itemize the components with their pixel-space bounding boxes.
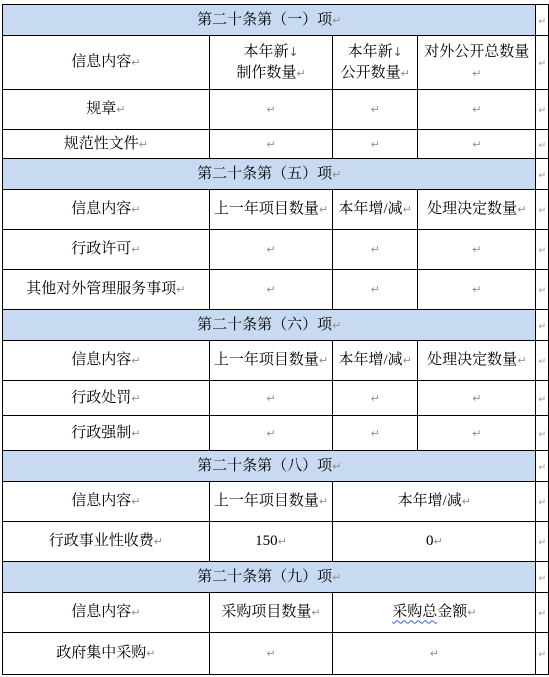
pilcrow-mark: ↵	[139, 138, 148, 151]
section-1-header-row: 信息内容↵ 本年新↓制作数量↵ 本年新↓公开数量↵ 对外公开总数量↵ ↵	[3, 36, 549, 90]
pilcrow-mark: ↵	[472, 138, 481, 151]
header-total-public-count: 对外公开总数量↵	[418, 36, 536, 90]
disclosure-statistics-table: 第二十条第（一）项↵ ↵ 信息内容↵ 本年新↓制作数量↵ 本年新↓公开数量↵ 对…	[2, 4, 549, 675]
pilcrow-mark: ↵	[401, 67, 410, 80]
empty-cell: ↵	[333, 416, 418, 451]
empty-cell: ↵	[333, 633, 536, 675]
pilcrow-mark: ↵	[472, 67, 481, 80]
row-label: 行政许可↵	[3, 230, 210, 270]
empty-cell: ↵	[418, 90, 536, 130]
section-5-band: 第二十条第（九）项↵	[3, 562, 536, 593]
empty-cell: ↵	[333, 270, 418, 310]
empty-cell: ↵	[418, 416, 536, 451]
table-row-rules: 规章↵ ↵ ↵ ↵ ↵	[3, 90, 549, 130]
pilcrow-mark: ↵	[131, 427, 140, 440]
row-label: 行政处罚↵	[3, 381, 210, 416]
pilcrow-mark: ↵	[319, 354, 328, 367]
pilcrow-mark: ↵	[266, 138, 275, 151]
section-1-band-row: 第二十条第（一）项↵ ↵	[3, 5, 549, 36]
empty-cell: ↵	[418, 381, 536, 416]
empty-cell: ↵	[418, 130, 536, 159]
empty-cell: ↵	[209, 416, 332, 451]
pilcrow-mark: ↵	[131, 56, 140, 69]
pilcrow-mark: ↵	[146, 647, 155, 660]
value-cell-last-year-count: 150↵	[209, 522, 332, 562]
empty-cell: ↵	[333, 130, 418, 159]
header-info-content: 信息内容↵	[3, 341, 210, 381]
pilcrow-mark: ↵	[433, 535, 442, 548]
linebreak-mark: ↓	[288, 45, 298, 59]
empty-cell: ↵	[333, 381, 418, 416]
pilcrow-mark: ↵	[266, 392, 275, 405]
row-end-mark: ↵	[536, 381, 549, 416]
empty-cell: ↵	[209, 90, 332, 130]
pilcrow-mark: ↵	[472, 283, 481, 296]
row-end-mark: ↵	[536, 416, 549, 451]
empty-cell: ↵	[209, 381, 332, 416]
section-4-band: 第二十条第（八）项↵	[3, 451, 536, 482]
linebreak-mark: ↓	[393, 45, 403, 59]
section-4-header-row: 信息内容↵ 上一年项目数量↵ 本年增/减↵ ↵	[3, 482, 549, 522]
spellcheck-wavy-underline: 采购总	[392, 604, 437, 620]
pilcrow-mark: ↵	[332, 319, 341, 332]
table-row-administrative-coercion: 行政强制↵ ↵ ↵ ↵ ↵	[3, 416, 549, 451]
pilcrow-mark: ↵	[371, 392, 380, 405]
table-row-administrative-licensing: 行政许可↵ ↵ ↵ ↵ ↵	[3, 230, 549, 270]
pilcrow-mark: ↵	[278, 535, 287, 548]
row-label: 规章↵	[3, 90, 210, 130]
pilcrow-mark: ↵	[403, 354, 412, 367]
header-new-created-count: 本年新↓制作数量↵	[209, 36, 332, 90]
pilcrow-mark: ↵	[371, 103, 380, 116]
section-3-header-row: 信息内容↵ 上一年项目数量↵ 本年增/减↵ 处理决定数量↵ ↵	[3, 341, 549, 381]
section-2-title: 第二十条第（五）项	[197, 166, 332, 182]
row-label: 行政强制↵	[3, 416, 210, 451]
document-page: 第二十条第（一）项↵ ↵ 信息内容↵ 本年新↓制作数量↵ 本年新↓公开数量↵ 对…	[0, 0, 549, 675]
section-2-band-row: 第二十条第（五）项↵ ↵	[3, 159, 549, 190]
header-info-content: 信息内容↵	[3, 36, 210, 90]
pilcrow-mark: ↵	[462, 495, 471, 508]
header-this-year-change: 本年增/减↵	[333, 190, 418, 230]
row-end-mark: ↵	[536, 341, 549, 381]
pilcrow-mark: ↵	[131, 392, 140, 405]
pilcrow-mark: ↵	[472, 103, 481, 116]
pilcrow-mark: ↵	[131, 243, 140, 256]
pilcrow-mark: ↵	[116, 103, 125, 116]
header-last-year-count: 上一年项目数量↵	[209, 482, 332, 522]
row-end-mark: ↵	[536, 90, 549, 130]
pilcrow-mark: ↵	[266, 647, 275, 660]
section-4-title: 第二十条第（八）项	[197, 458, 332, 474]
empty-cell: ↵	[333, 230, 418, 270]
section-2-header-row: 信息内容↵ 上一年项目数量↵ 本年增/减↵ 处理决定数量↵ ↵	[3, 190, 549, 230]
pilcrow-mark: ↵	[371, 283, 380, 296]
table-row-administrative-penalty: 行政处罚↵ ↵ ↵ ↵ ↵	[3, 381, 549, 416]
header-new-disclosed-count: 本年新↓公开数量↵	[333, 36, 418, 90]
table-row-normative-documents: 规范性文件↵ ↵ ↵ ↵ ↵	[3, 130, 549, 159]
pilcrow-mark: ↵	[332, 168, 341, 181]
empty-cell: ↵	[209, 633, 332, 675]
table-row-other-management-services: 其他对外管理服务事项↵ ↵ ↵ ↵ ↵	[3, 270, 549, 310]
row-label: 其他对外管理服务事项↵	[3, 270, 210, 310]
pilcrow-mark: ↵	[371, 243, 380, 256]
header-last-year-count: 上一年项目数量↵	[209, 190, 332, 230]
section-5-band-row: 第二十条第（九）项↵ ↵	[3, 562, 549, 593]
empty-cell: ↵	[209, 230, 332, 270]
section-5-header-row: 信息内容↵ 采购项目数量↵ 采购总金额↵ ↵	[3, 593, 549, 633]
pilcrow-mark: ↵	[472, 392, 481, 405]
pilcrow-mark: ↵	[266, 103, 275, 116]
row-end-mark: ↵	[536, 36, 549, 90]
header-info-content: 信息内容↵	[3, 482, 210, 522]
empty-cell: ↵	[418, 270, 536, 310]
row-end-mark: ↵	[536, 522, 549, 562]
section-2-band: 第二十条第（五）项↵	[3, 159, 536, 190]
row-end-mark: ↵	[536, 451, 549, 482]
row-end-mark: ↵	[536, 310, 549, 341]
pilcrow-mark: ↵	[371, 427, 380, 440]
header-info-content: 信息内容↵	[3, 190, 210, 230]
row-end-mark: ↵	[536, 230, 549, 270]
pilcrow-mark: ↵	[131, 606, 140, 619]
pilcrow-mark: ↵	[176, 283, 185, 296]
row-end-mark: ↵	[536, 270, 549, 310]
pilcrow-mark: ↵	[472, 427, 481, 440]
header-decision-count: 处理决定数量↵	[418, 341, 536, 381]
table-row-government-centralized-procurement: 政府集中采购↵ ↵ ↵ ↵	[3, 633, 549, 675]
value-cell-this-year-change: 0↵	[333, 522, 536, 562]
empty-cell: ↵	[209, 130, 332, 159]
row-end-mark: ↵	[536, 593, 549, 633]
pilcrow-mark: ↵	[319, 495, 328, 508]
pilcrow-mark: ↵	[332, 14, 341, 27]
header-decision-count: 处理决定数量↵	[418, 190, 536, 230]
pilcrow-mark: ↵	[371, 138, 380, 151]
pilcrow-mark: ↵	[131, 495, 140, 508]
header-procurement-total-amount: 采购总金额↵	[333, 593, 536, 633]
pilcrow-mark: ↵	[403, 203, 412, 216]
pilcrow-mark: ↵	[467, 606, 476, 619]
pilcrow-mark: ↵	[266, 427, 275, 440]
pilcrow-mark: ↵	[472, 243, 481, 256]
pilcrow-mark: ↵	[517, 354, 526, 367]
row-end-mark: ↵	[536, 159, 549, 190]
row-end-mark: ↵	[536, 5, 549, 36]
section-3-band-row: 第二十条第（六）项↵ ↵	[3, 310, 549, 341]
pilcrow-mark: ↵	[319, 203, 328, 216]
row-end-mark: ↵	[536, 130, 549, 159]
pilcrow-mark: ↵	[430, 647, 439, 660]
pilcrow-mark: ↵	[131, 203, 140, 216]
pilcrow-mark: ↵	[517, 203, 526, 216]
section-5-title: 第二十条第（九）项	[197, 569, 332, 585]
pilcrow-mark: ↵	[154, 535, 163, 548]
header-procurement-project-count: 采购项目数量↵	[209, 593, 332, 633]
row-end-mark: ↵	[536, 482, 549, 522]
table-row-administrative-fees: 行政事业性收费↵ 150↵ 0↵ ↵	[3, 522, 549, 562]
row-label: 规范性文件↵	[3, 130, 210, 159]
row-end-mark: ↵	[536, 633, 549, 675]
pilcrow-mark: ↵	[332, 571, 341, 584]
pilcrow-mark: ↵	[266, 283, 275, 296]
pilcrow-mark: ↵	[131, 354, 140, 367]
section-4-band-row: 第二十条第（八）项↵ ↵	[3, 451, 549, 482]
row-end-mark: ↵	[536, 190, 549, 230]
row-end-mark: ↵	[536, 562, 549, 593]
empty-cell: ↵	[418, 230, 536, 270]
pilcrow-mark: ↵	[332, 460, 341, 473]
row-label: 行政事业性收费↵	[3, 522, 210, 562]
header-this-year-change: 本年增/减↵	[333, 341, 418, 381]
empty-cell: ↵	[333, 90, 418, 130]
header-last-year-count: 上一年项目数量↵	[209, 341, 332, 381]
pilcrow-mark: ↵	[311, 606, 320, 619]
header-info-content: 信息内容↵	[3, 593, 210, 633]
section-3-title: 第二十条第（六）项	[197, 317, 332, 333]
pilcrow-mark: ↵	[266, 243, 275, 256]
section-3-band: 第二十条第（六）项↵	[3, 310, 536, 341]
empty-cell: ↵	[209, 270, 332, 310]
section-1-title: 第二十条第（一）项	[197, 12, 332, 28]
pilcrow-mark: ↵	[296, 67, 305, 80]
header-this-year-change: 本年增/减↵	[333, 482, 536, 522]
row-label: 政府集中采购↵	[3, 633, 210, 675]
section-1-band: 第二十条第（一）项↵	[3, 5, 536, 36]
